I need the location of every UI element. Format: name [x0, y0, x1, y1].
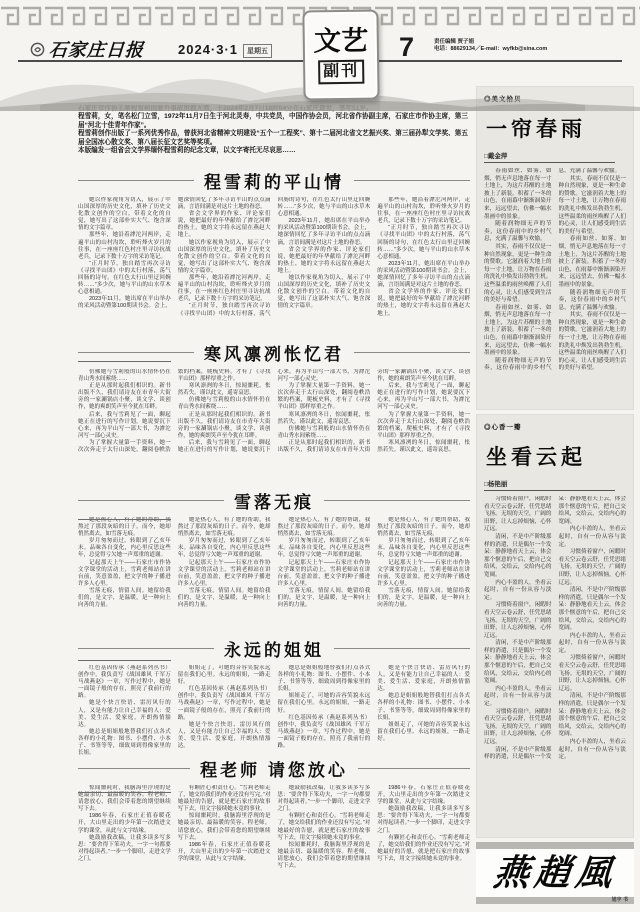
byline: □杨艳丽: [484, 479, 615, 491]
calligraphy-credit: 旭宇 书: [612, 896, 628, 903]
article-title: 雪落无痕: [234, 488, 314, 513]
article-title: 永远的姐姐: [224, 636, 324, 661]
panel-bar-top: [476, 842, 634, 849]
calligraphy-text: 燕趙風: [476, 855, 634, 891]
emblem-title-top: 文艺: [313, 26, 368, 57]
editor-line: 责任编辑 贾子娟: [434, 39, 547, 46]
sidebar-article-body: 习惯倚着窗户，闲暇时看天空云卷云舒，任凭思绪飞扬。无垠的天空，广阔的田野，让人忘…: [484, 496, 626, 834]
article-jiejie: 永远的姐姐 红色基因传承（燕赵系列丛书）创作中，我负责写《战国雄风 千军万马战燕…: [78, 636, 470, 759]
column-rule: [78, 792, 171, 793]
article-body: 她是热心人，有了她的帮助，我熬过了那段灰暗的日子。而今，她却悄然离去，如雪落无痕…: [78, 517, 470, 639]
seal-icon: [30, 42, 45, 57]
byline: □戴金萍: [484, 151, 615, 163]
column-rule: [78, 660, 171, 661]
weekday-label: 星期五: [243, 44, 272, 58]
article-body: 她以作家视角为切入，展示了中山国深厚的历史文化，填补了历史文化散文创作的空白。带…: [78, 197, 470, 343]
panel-bar-bottom: [476, 897, 634, 904]
article-title: 程老师 请您放心: [200, 756, 348, 781]
article-body: 红色基因传承（燕赵系列丛书）创作中，我负责写《战国雄风 千军万马战燕赵》一章，写…: [78, 665, 470, 759]
article-body: 仿佛她与雪莉般的山水情怀仍在青山秀水间萦绕……正是从那时起我们相识的。新书出版不…: [78, 369, 470, 489]
article-title: 程雪莉的平山情: [204, 168, 344, 193]
supplement-emblem: 文艺 副刊: [302, 9, 379, 100]
column-rule: [78, 361, 171, 362]
emblem-title-bottom: 副刊: [318, 59, 364, 84]
article-chenglaoshi: 程老师 请您放心 惊闻噩耗时，我脑海里浮现的是她最亲切、最温暖的笑容。程老师，请…: [78, 756, 470, 911]
sidebar-article-body: 春雨如丝、如雾、如烟，悄无声息地落在每一寸土地上，为这片苏醒的土地披上了新装。积…: [484, 168, 626, 406]
obituary-intro: 石家庄市作协主席程雪莉因意外事故抢救无效，于2024年2月7日18时04分在石家…: [78, 105, 468, 163]
sidebar-section-clouds: ◎心香一瓣 坐看云起 □杨艳丽 习惯倚着窗户，闲暇时看天空云卷云舒，任凭思绪飞扬…: [476, 414, 634, 838]
article-xueluo: 雪落无痕 她是热心人，有了她的帮助，我熬过了那段灰暗的日子。而今，她却悄然离去，…: [78, 488, 470, 639]
column-rule: [78, 519, 171, 520]
article-hanfeng: 寒风凛冽怅忆君 仿佛她与雪莉般的山水情怀仍在青山秀水间萦绕……正是从那时起我们相…: [78, 340, 470, 489]
article-title: 寒风凛冽怅忆君: [204, 340, 344, 365]
sidebar-article-title: 坐看云起: [486, 441, 626, 471]
contact-line: 电话：88629134／E-mail：wyfkb@sina.com: [434, 46, 547, 53]
issue-date: 2024·3·1: [178, 42, 238, 57]
column-category: ◎心香一瓣: [484, 422, 626, 431]
article-pingshan: 程雪莉的平山情 她以作家视角为切入，展示了中山国深厚的历史文化，填补了历史文化散…: [78, 168, 470, 343]
editor-contact: 责任编辑 贾子娟 电话：88629134／E-mail：wyfkb@sina.c…: [434, 39, 547, 53]
calligraphy-panel: 燕趙風 旭宇 书: [476, 842, 634, 904]
sidebar-article-title: 一帘春雨: [486, 113, 626, 143]
sidebar-section-spring-rain: ◎美文拾贝 一帘春雨 □戴金萍 春雨如丝、如雾、如烟，悄无声息地落在每一寸土地上…: [476, 86, 634, 410]
article-body: 惊闻噩耗时，我脑海里浮现的是她最亲切、最温暖的笑容。程老师，请您放心，我们会带着…: [78, 785, 470, 911]
